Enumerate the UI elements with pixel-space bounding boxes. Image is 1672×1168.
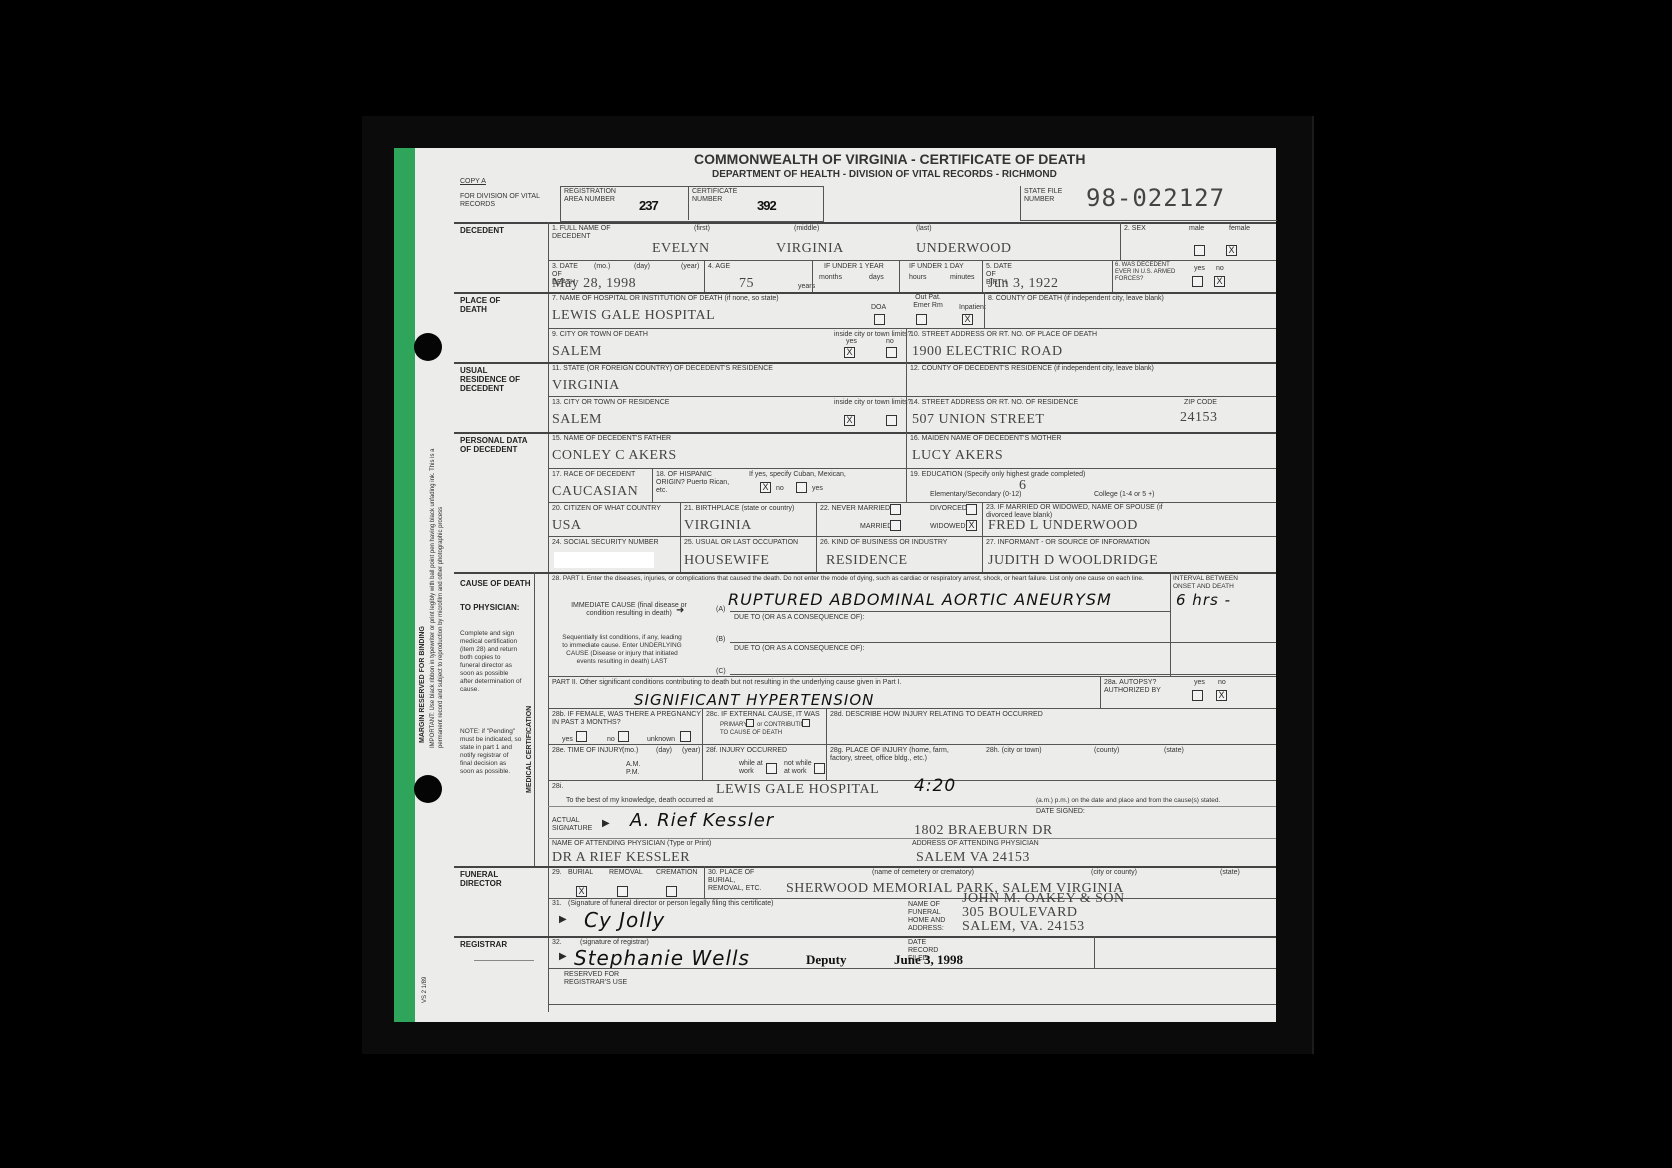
inside-yes-label: yes xyxy=(846,338,857,346)
outpatient-checkbox[interactable] xyxy=(916,314,927,325)
hispanic-no-label: no xyxy=(776,485,784,493)
autopsy-no-label: no xyxy=(1218,679,1226,687)
inpatient-label: Inpatient xyxy=(959,304,986,312)
section-registrar: REGISTRAR xyxy=(460,940,507,949)
pregnancy-label: 28b. IF FEMALE, WAS THERE A PREGNANCY IN… xyxy=(552,711,702,727)
autopsy-yes-label: yes xyxy=(1194,679,1205,687)
father-name: CONLEY C AKERS xyxy=(552,448,677,464)
physician-name-label: NAME OF ATTENDING PHYSICIAN (Type or Pri… xyxy=(552,840,711,848)
city-county-label: (city or county) xyxy=(1091,869,1137,877)
residence-street: 507 UNION STREET xyxy=(912,412,1044,428)
physician-address-label: ADDRESS OF ATTENDING PHYSICIAN xyxy=(912,840,1039,848)
pregnancy-no-checkbox[interactable] xyxy=(618,731,629,742)
elementary-label: Elementary/Secondary (0-12) xyxy=(930,491,1021,499)
hispanic-yes-checkbox[interactable] xyxy=(796,482,807,493)
physician-signature: A. Rief Kessler xyxy=(630,810,774,831)
section-funeral-director: FUNERAL DIRECTOR xyxy=(460,870,520,888)
autopsy-yes-checkbox[interactable] xyxy=(1192,690,1203,701)
cremation-label: CREMATION xyxy=(656,869,697,877)
business: RESIDENCE xyxy=(826,553,908,569)
death-time: 4:20 xyxy=(914,776,956,796)
armed-forces-no-checkbox[interactable]: X xyxy=(1214,276,1225,287)
zip-code: 24153 xyxy=(1180,410,1218,426)
injury-year-label: (year) xyxy=(682,747,700,755)
residence-city-label: 13. CITY OR TOWN OF RESIDENCE xyxy=(552,399,669,407)
external-cause-label: 28c. IF EXTERNAL CAUSE, IT WAS xyxy=(706,711,820,719)
armed-forces-yes-checkbox[interactable] xyxy=(1192,276,1203,287)
residence-state-label: 11. STATE (OR FOREIGN COUNTRY) OF DECEDE… xyxy=(552,365,773,373)
injury-mo-label: (mo.) xyxy=(622,747,638,755)
race-label: 17. RACE OF DECEDENT xyxy=(552,471,635,479)
hispanic-yes-label: yes xyxy=(812,485,823,493)
certificate-number: 392 xyxy=(757,198,776,213)
street-of-death: 1900 ELECTRIC ROAD xyxy=(912,344,1063,360)
residence-inside-no-checkbox[interactable] xyxy=(886,415,897,426)
age: 75 xyxy=(739,276,754,292)
copy-label: COPY A xyxy=(460,178,486,186)
part2-label: PART II. Other significant conditions co… xyxy=(552,679,901,687)
sex-female-checkbox[interactable]: X xyxy=(1226,245,1237,256)
middle-name: VIRGINIA xyxy=(776,241,844,257)
while-work-checkbox[interactable] xyxy=(766,763,777,774)
item-32-label: 32. xyxy=(552,939,562,947)
registration-area-label: REGISTRATION AREA NUMBER xyxy=(564,188,624,204)
green-binding-strip xyxy=(394,148,415,1022)
hospital-label: 7. NAME OF HOSPITAL OR INSTITUTION OF DE… xyxy=(552,295,779,303)
first-label: (first) xyxy=(694,225,710,233)
county-of-death-label: 8. COUNTY OF DEATH (if independent city,… xyxy=(988,295,1164,303)
business-label: 26. KIND OF BUSINESS OR INDUSTRY xyxy=(820,539,947,547)
inpatient-checkbox[interactable]: X xyxy=(962,314,973,325)
city-of-death: SALEM xyxy=(552,344,602,360)
burial-checkbox[interactable]: X xyxy=(576,886,587,897)
armed-forces-label: 6. WAS DECEDENT EVER IN U.S. ARMED FORCE… xyxy=(1115,262,1181,283)
ssn-redacted xyxy=(554,552,654,568)
immediate-cause: RUPTURED ABDOMINAL AORTIC ANEURYSM xyxy=(728,590,1112,609)
primary-label: PRIMARY xyxy=(720,721,747,729)
state-file-label: STATE FILE NUMBER xyxy=(1024,188,1064,204)
funeral-home-address-2: SALEM, VA. 24153 xyxy=(962,919,1085,935)
physician-name: DR A RIEF KESSLER xyxy=(552,850,690,866)
last-name: UNDERWOOD xyxy=(916,241,1012,257)
sequential-label: Sequentially list conditions, if any, le… xyxy=(562,634,682,666)
spouse-name: FRED L UNDERWOOD xyxy=(988,518,1138,534)
punch-hole xyxy=(414,333,442,361)
section-place-of-death: PLACE OF DEATH xyxy=(460,296,520,314)
education-label: 19. EDUCATION (Specify only highest grad… xyxy=(910,471,1085,479)
full-name-label: 1. FULL NAME OF DECEDENT xyxy=(552,225,612,241)
injury-occurred-label: 28f. INJURY OCCURRED xyxy=(706,747,787,755)
place-of-burial-label: 30. PLACE OF BURIAL, REMOVAL, ETC. xyxy=(708,869,768,893)
hospital: LEWIS GALE HOSPITAL xyxy=(552,308,715,324)
arrow-icon: ➜ xyxy=(676,605,684,616)
death-certificate: MARGIN RESERVED FOR BINDING IMPORTANT: U… xyxy=(394,148,1276,1022)
punch-hole xyxy=(414,775,442,803)
removal-label: REMOVAL xyxy=(609,869,643,877)
doa-checkbox[interactable] xyxy=(874,314,885,325)
to-physician-label: TO PHYSICIAN: xyxy=(460,603,520,612)
middle-label: (middle) xyxy=(794,225,819,233)
interval-value: 6 hrs - xyxy=(1176,591,1231,609)
birthplace: VIRGINIA xyxy=(684,518,752,534)
widowed-label: WIDOWED xyxy=(930,523,965,531)
divorced-label: DIVORCED xyxy=(930,505,967,513)
never-married-label: 22. NEVER MARRIED xyxy=(820,505,890,513)
married-label: MARRIED xyxy=(860,523,892,531)
item-29-label: 29. xyxy=(552,869,562,877)
father-label: 15. NAME OF DECEDENT'S FATHER xyxy=(552,435,671,443)
pregnancy-yes-label: yes xyxy=(562,736,573,744)
armed-yes-label: yes xyxy=(1194,265,1205,273)
widowed-checkbox[interactable]: X xyxy=(966,520,977,531)
ampm-statement: (a.m.) p.m.) on the date and place and f… xyxy=(1036,797,1220,805)
item-28i-label: 28i. xyxy=(552,783,563,791)
knowledge-label: To the best of my knowledge, death occur… xyxy=(566,797,713,805)
section-personal-data: PERSONAL DATA OF DECEDENT xyxy=(460,436,530,454)
informant: JUDITH D WOOLDRIDGE xyxy=(988,553,1158,569)
funeral-home-label: NAME OF FUNERAL HOME AND ADDRESS: xyxy=(908,901,958,933)
mother-name: LUCY AKERS xyxy=(912,448,1003,464)
occupation-label: 25. USUAL OR LAST OCCUPATION xyxy=(684,539,798,547)
margin-binding-text: MARGIN RESERVED FOR BINDING xyxy=(419,626,426,743)
occupation: HOUSEWIFE xyxy=(684,553,769,569)
first-name: EVELYN xyxy=(652,241,710,257)
mother-label: 16. MAIDEN NAME OF DECEDENT'S MOTHER xyxy=(910,435,1061,443)
describe-injury-label: 28d. DESCRIBE HOW INJURY RELATING TO DEA… xyxy=(830,711,1043,719)
married-checkbox[interactable] xyxy=(890,520,901,531)
date-filed: June 3, 1998 xyxy=(894,952,963,968)
residence-county-label: 12. COUNTY OF DECEDENT'S RESIDENCE (if i… xyxy=(910,365,1154,373)
reserved-label: RESERVED FOR REGISTRAR'S USE xyxy=(564,971,634,987)
pending-note: NOTE: if "Pending" must be indicated, so… xyxy=(460,728,522,776)
form-id: VS 2 1/89 xyxy=(422,977,428,1003)
hours-label: hours xyxy=(909,274,927,282)
while-work-label: while at work xyxy=(739,760,763,776)
ssn-label: 24. SOCIAL SECURITY NUMBER xyxy=(552,539,659,547)
interval-label: INTERVAL BETWEEN ONSET AND DEATH xyxy=(1173,575,1243,591)
certificate-number-label: CERTIFICATE NUMBER xyxy=(692,188,742,204)
injury-state-label: (state) xyxy=(1164,747,1184,755)
place-of-injury-label: 28g. PLACE OF INJURY (home, farm, factor… xyxy=(830,747,960,763)
cause-a-label: (A) xyxy=(716,606,725,614)
burial-label: BURIAL xyxy=(568,869,593,877)
cause-b-label: (B) xyxy=(716,636,725,644)
minutes-label: minutes xyxy=(950,274,975,282)
section-decedent: DECEDENT xyxy=(460,226,504,235)
doa-label: DOA xyxy=(871,304,886,312)
sex-label: 2. SEX xyxy=(1124,225,1146,233)
registration-area-number: 237 xyxy=(639,198,658,213)
pregnancy-unknown-checkbox[interactable] xyxy=(680,731,691,742)
last-label: (last) xyxy=(916,225,932,233)
citizenship: USA xyxy=(552,518,582,534)
months-label: months xyxy=(819,274,842,282)
deputy-label: Deputy xyxy=(806,952,846,968)
to-cause-label: TO CAUSE OF DEATH xyxy=(720,729,782,737)
never-married-checkbox[interactable] xyxy=(890,504,901,515)
pregnancy-yes-checkbox[interactable] xyxy=(576,731,587,742)
outpatient-label: Out Pat. Emer Rm xyxy=(910,294,946,310)
autopsy-label: 28a. AUTOPSY? AUTHORIZED BY xyxy=(1104,679,1174,695)
margin-important-text: IMPORTANT: Use black ribbon in typewrite… xyxy=(429,448,445,748)
physician-instructions: Complete and sign medical certification … xyxy=(460,630,522,694)
hispanic-no-checkbox[interactable]: X xyxy=(760,482,771,493)
part2-conditions: SIGNIFICANT HYPERTENSION xyxy=(634,691,874,709)
city-of-death-label: 9. CITY OR TOWN OF DEATH xyxy=(552,331,648,339)
pregnancy-no-label: no xyxy=(607,736,615,744)
pregnancy-unknown-label: unknown xyxy=(647,736,675,744)
injury-county-label: (county) xyxy=(1094,747,1119,755)
removal-checkbox[interactable] xyxy=(617,886,628,897)
date-signed-label: DATE SIGNED: xyxy=(1036,808,1085,816)
residence-inside-yes-checkbox[interactable]: X xyxy=(844,415,855,426)
residence-city: SALEM xyxy=(552,412,602,428)
signature-arrow-icon: ▶ xyxy=(602,818,610,829)
cemetery-label: (name of cemetery or crematory) xyxy=(872,869,974,877)
mo-label: (mo.) xyxy=(594,263,610,271)
injury-city-label: 28h. (city or town) xyxy=(986,747,1042,755)
inside-no-label: no xyxy=(886,338,894,346)
actual-signature-label: ACTUAL SIGNATURE xyxy=(552,817,596,833)
not-while-work-checkbox[interactable] xyxy=(814,763,825,774)
day-label: (day) xyxy=(634,263,650,271)
male-label: male xyxy=(1189,225,1204,233)
hispanic-specify-label: If yes, specify Cuban, Mexican, xyxy=(749,471,846,479)
part1-instructions: 28. PART I. Enter the diseases, injuries… xyxy=(552,575,1162,583)
informant-label: 27. INFORMANT - OR SOURCE OF INFORMATION xyxy=(986,539,1150,547)
certificate-title: COMMONWEALTH OF VIRGINIA - CERTIFICATE O… xyxy=(694,151,1085,167)
cremation-checkbox[interactable] xyxy=(666,886,677,897)
date-of-birth: Jun 3, 1922 xyxy=(988,276,1058,292)
birthplace-label: 21. BIRTHPLACE (state or country) xyxy=(684,505,794,513)
zip-label: ZIP CODE xyxy=(1184,399,1217,407)
state-file-number: 98-022127 xyxy=(1086,184,1225,212)
residence-street-label: 14. STREET ADDRESS OR RT. NO. OF RESIDEN… xyxy=(910,399,1078,407)
certificate-subtitle: DEPARTMENT OF HEALTH - DIVISION OF VITAL… xyxy=(712,169,1057,180)
autopsy-no-checkbox[interactable]: X xyxy=(1216,690,1227,701)
citizen-label: 20. CITIZEN OF WHAT COUNTRY xyxy=(552,505,661,513)
under-1-day-label: IF UNDER 1 DAY xyxy=(909,263,964,271)
contributing-checkbox[interactable] xyxy=(802,719,810,727)
armed-no-label: no xyxy=(1216,265,1224,273)
not-while-work-label: not while at work xyxy=(784,760,818,776)
sex-male-checkbox[interactable] xyxy=(1194,245,1205,256)
college-label: College (1-4 or 5 +) xyxy=(1094,491,1155,499)
physician-address-2: SALEM VA 24153 xyxy=(916,850,1030,866)
burial-state-label: (state) xyxy=(1220,869,1240,877)
funeral-director-signature: Cy Jolly xyxy=(584,908,665,932)
date-of-death: May 28, 1998 xyxy=(552,276,636,292)
funeral-signature-label: (Signature of funeral director or person… xyxy=(568,900,773,908)
hispanic-label: 18. OF HISPANIC ORIGIN? Puerto Rican, et… xyxy=(656,471,742,495)
physician-address-1: 1802 BRAEBURN DR xyxy=(914,823,1053,839)
am-label: A.M. xyxy=(626,761,640,769)
due-to-a: DUE TO (OR AS A CONSEQUENCE OF): xyxy=(734,614,864,622)
item-31-label: 31. xyxy=(552,900,562,908)
days-label: days xyxy=(869,274,884,282)
age-label: 4. AGE xyxy=(708,263,730,271)
under-1-year-label: IF UNDER 1 YEAR xyxy=(824,263,884,271)
for-division-label: FOR DIVISION OF VITAL RECORDS xyxy=(460,193,540,209)
registrar-signature: Stephanie Wells xyxy=(574,946,750,970)
year-label: (year) xyxy=(681,263,699,271)
medical-certification-label: MEDICAL CERTIFICATION xyxy=(526,706,533,793)
injury-day-label: (day) xyxy=(656,747,672,755)
due-to-b: DUE TO (OR AS A CONSEQUENCE OF): xyxy=(734,645,864,653)
street-death-label: 10. STREET ADDRESS OR RT. NO. OF PLACE O… xyxy=(910,331,1097,339)
race: CAUCASIAN xyxy=(552,484,638,500)
section-cause-of-death: CAUSE OF DEATH xyxy=(460,579,531,588)
divorced-checkbox[interactable] xyxy=(966,504,977,515)
funeral-signature-arrow-icon: ▶ xyxy=(559,914,567,925)
inside-limits-yes-checkbox[interactable]: X xyxy=(844,347,855,358)
registrar-signature-arrow-icon: ▶ xyxy=(559,951,567,962)
residence-inside-limits-label: inside city or town limits? xyxy=(834,399,911,407)
death-place: LEWIS GALE HOSPITAL xyxy=(716,782,879,798)
cause-c-label: (C) xyxy=(716,668,726,676)
residence-state: VIRGINIA xyxy=(552,378,620,394)
section-usual-residence: USUAL RESIDENCE OF DECEDENT xyxy=(460,366,530,393)
primary-checkbox[interactable] xyxy=(746,719,754,727)
inside-limits-no-checkbox[interactable] xyxy=(886,347,897,358)
immediate-cause-label: IMMEDIATE CAUSE (final disease or condit… xyxy=(564,602,694,618)
time-of-injury-label: 28e. TIME OF INJURY xyxy=(552,747,623,755)
pm-label: P.M. xyxy=(626,769,640,777)
female-label: female xyxy=(1229,225,1250,233)
